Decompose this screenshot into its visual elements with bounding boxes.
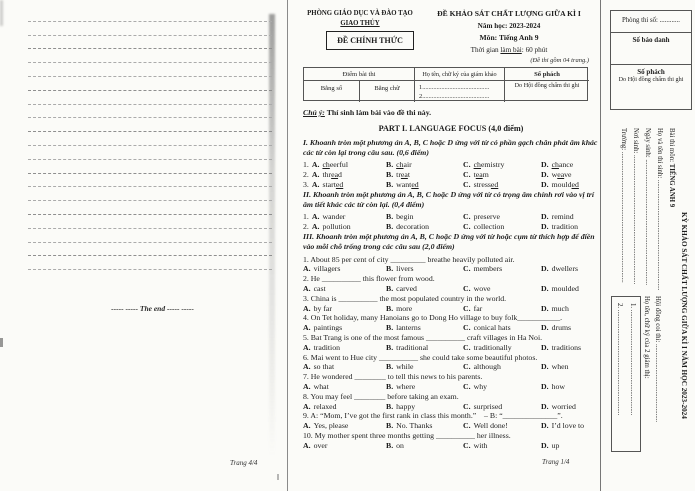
page-number-front: Trang 1/4	[542, 458, 569, 466]
option-c: C.preserve	[463, 212, 541, 222]
question-stem: 4. On Tet holiday, many Hanoians go to D…	[303, 313, 599, 323]
pages-count-note: (Đề thi gồm 04 trang.)	[530, 57, 589, 64]
option-c: C.far	[463, 304, 541, 314]
option-d: D.up	[541, 441, 599, 451]
ruled-line	[28, 187, 272, 201]
question: 10. My mother spent three months getting…	[303, 431, 599, 451]
invigilator-signature-box: 1. .....................................…	[611, 296, 641, 452]
scanned-exam-document: { "left_page": { "the_end": "----- -----…	[0, 0, 695, 491]
option-b: B.more	[386, 304, 463, 314]
option-b: B.chair	[386, 160, 463, 170]
option-a: A.over	[303, 441, 386, 451]
ruled-lines	[28, 8, 272, 270]
examiner-signature-line1: 1.......................................…	[419, 83, 504, 92]
ruled-line	[28, 77, 272, 91]
option-d: D.moulded	[541, 284, 599, 294]
option-d: D.moulded	[541, 180, 599, 190]
candidate-note: Chú ý: Thí sinh làm bài vào đề thi này.	[303, 108, 599, 118]
question-stem: 9. A: “Mom, I’ve got the first rank in c…	[303, 411, 599, 421]
section-2-heading: II. Khoanh tròn một phương án A, B, C ho…	[303, 190, 599, 210]
code-note-cell: Do Hội đồng chấm thi ghi	[505, 81, 589, 102]
ruled-line	[28, 91, 272, 105]
question: 2. He __________ this flower from wood. …	[303, 274, 599, 294]
answer-options-row: A.relaxed B.happy C.surprised D.worried	[303, 402, 599, 412]
option-a: A.tradition	[303, 343, 386, 353]
exam-duration: Thời gian làm bài: 60 phút	[421, 44, 597, 56]
option-b: B.happy	[386, 402, 463, 412]
option-a: 3.A.started	[303, 180, 386, 190]
question: 1. About 85 per cent of city _________ b…	[303, 255, 599, 275]
question-stem: 5. Bat Trang is one of the most famous _…	[303, 333, 599, 343]
answer-options-row: A.over B.on C.with D.up	[303, 441, 599, 451]
option-b: B.carved	[386, 284, 463, 294]
ruled-line	[28, 160, 272, 174]
question: 8. You may feel ________ before taking a…	[303, 392, 599, 412]
option-b: B.lanterns	[386, 323, 463, 333]
section-2-items: 1.A.wander B.begin C.preserve D.remind 2…	[303, 212, 599, 232]
question-stem: 10. My mother spent three months getting…	[303, 431, 599, 441]
invigilator-signature-line2: 2. .....................................…	[613, 303, 626, 445]
answer-options-row: A.Yes, please B.No. Thanks C.Well done! …	[303, 421, 599, 431]
score-words-cell: Bằng chữ	[360, 81, 415, 102]
exam-session-rotated: KỲ KHẢO SÁT CHẤT LƯỢNG GIỮA KÌ I NĂM HỌC…	[611, 212, 691, 462]
question: 5. Bat Trang is one of the most famous _…	[303, 333, 599, 353]
ruled-line	[28, 256, 272, 270]
question-stem: 7. He wondered ________ to tell this new…	[303, 372, 599, 382]
option-c: C.collection	[463, 222, 541, 232]
ruled-line	[28, 105, 272, 119]
examiner-signature-line2: 2.......................................…	[419, 92, 504, 101]
question: 9. A: “Mom, I’ve got the first rank in c…	[303, 411, 599, 431]
ruled-line	[28, 174, 272, 188]
answer-options-row: 2.A.pollution B.decoration C.collection …	[303, 222, 599, 232]
ruled-line	[28, 8, 272, 22]
exam-body: Chú ý: Thí sinh làm bài vào đề thi này. …	[303, 108, 599, 451]
council-line: Hội đồng coi thi: ......................…	[652, 212, 663, 462]
option-b: B.No. Thanks	[386, 421, 463, 431]
exam-front-page: PHÒNG GIÁO DỤC VÀ ĐÀO TẠO GIAO THỦY ĐỀ C…	[287, 0, 601, 491]
answer-options-row: 1.A.wander B.begin C.preserve D.remind	[303, 212, 599, 222]
option-d: D.chance	[541, 160, 599, 170]
option-a: A.relaxed	[303, 402, 386, 412]
option-a: 2.A.thread	[303, 170, 386, 180]
option-d: D.weave	[541, 170, 599, 180]
option-a: A.villagers	[303, 264, 386, 274]
option-c: C.members	[463, 264, 541, 274]
official-exam-stamp-box: ĐỀ CHÍNH THỨC	[326, 31, 414, 50]
option-a: 1.A.cheerful	[303, 160, 386, 170]
department-header: PHÒNG GIÁO DỤC VÀ ĐÀO TẠO GIAO THỦY	[290, 9, 430, 29]
answer-options-row: A.villagers B.livers C.members D.dweller…	[303, 264, 599, 274]
invigilator-label: Họ tên, chữ ký của 2 giám thị:	[641, 212, 652, 462]
option-c: C.stressed	[463, 180, 541, 190]
answer-options-row: A.cast B.carved C.wove D.moulded	[303, 284, 599, 294]
stub-code-cell: Số phách Do Hội đồng chấm thi ghi	[611, 65, 691, 83]
page-number-back: Trang 4/4	[230, 459, 257, 467]
ruled-line	[28, 63, 272, 77]
question: 7. He wondered ________ to tell this new…	[303, 372, 599, 392]
answer-options-row: A.tradition B.traditional C.traditionall…	[303, 343, 599, 353]
question-stem: 6. Mai went to Hue city __________ she c…	[303, 353, 599, 363]
option-c: C.surprised	[463, 402, 541, 412]
option-d: D.I’d love to	[541, 421, 599, 431]
exam-room-label: Phòng thi số: ............	[611, 11, 691, 33]
the-end-marker: ----- ----- The end ----- -----	[30, 304, 275, 313]
option-c: C.Well done!	[463, 421, 541, 431]
stub-exam-title: KỲ KHẢO SÁT CHẤT LƯỢNG GIỮA KÌ I NĂM HỌC…	[677, 212, 691, 462]
invigilator-signature-line1: 1. .....................................…	[626, 303, 639, 445]
option-c: C.team	[463, 170, 541, 180]
option-c: C.although	[463, 362, 541, 372]
score-table: Điểm bài thi Họ tên, chữ ký của giám khả…	[303, 67, 588, 101]
option-d: D.remind	[541, 212, 599, 222]
candidate-number-label: Số báo danh	[611, 33, 691, 65]
ruled-line	[28, 118, 272, 132]
option-d: D.when	[541, 362, 599, 372]
stub-code-note: Do Hội đồng chấm thi ghi	[611, 76, 691, 83]
score-header: Điểm bài thi	[304, 68, 415, 81]
option-b: B.while	[386, 362, 463, 372]
department-line2: GIAO THỦY	[340, 20, 379, 27]
question-stem: 1. About 85 per cent of city _________ b…	[303, 255, 599, 265]
section-3-heading: III. Khoanh tròn một phương án A, B, C h…	[303, 232, 599, 252]
ruled-line	[28, 22, 272, 36]
stub-code-label: Số phách	[611, 68, 691, 76]
option-b: B.begin	[386, 212, 463, 222]
option-d: D.dwellers	[541, 264, 599, 274]
option-c: C.why	[463, 382, 541, 392]
option-c: C.with	[463, 441, 541, 451]
option-b: B.wanted	[386, 180, 463, 190]
option-a: A.paintings	[303, 323, 386, 333]
answer-options-row: 2.A.thread B.treat C.team D.weave	[303, 170, 599, 180]
answer-options-row: 3.A.started B.wanted C.stressed D.moulde…	[303, 180, 599, 190]
option-a: A.so that	[303, 362, 386, 372]
exam-subject: Môn: Tiếng Anh 9	[421, 32, 597, 44]
detachable-stub: Phòng thi số: ............ Số báo danh S…	[600, 0, 695, 491]
ruled-line	[28, 146, 272, 160]
option-a: A.Yes, please	[303, 421, 386, 431]
section-1-heading: I. Khoanh tròn một phương án A, B, C hoặ…	[303, 138, 599, 158]
stub-info-box: Phòng thi số: ............ Số báo danh S…	[610, 10, 692, 110]
section-3-items: 1. About 85 per cent of city _________ b…	[303, 255, 599, 451]
ruled-line	[28, 201, 272, 215]
option-d: D.worried	[541, 402, 599, 412]
exam-title-block: ĐỀ KHẢO SÁT CHẤT LƯỢNG GIỮA KÌ I Năm học…	[421, 8, 597, 56]
option-a: 2.A.pollution	[303, 222, 386, 232]
answer-options-row: A.paintings B.lanterns C.conical hats D.…	[303, 323, 599, 333]
part-title: PART I. LANGUAGE FOCUS (4,0 điểm)	[303, 123, 599, 134]
question-stem: 3. China is __________ the most populate…	[303, 294, 599, 304]
examiner-signature-cell: 1.......................................…	[415, 81, 505, 102]
question: 3. China is __________ the most populate…	[303, 294, 599, 314]
question-stem: 2. He __________ this flower from wood.	[303, 274, 599, 284]
option-b: B.livers	[386, 264, 463, 274]
department-line1: PHÒNG GIÁO DỤC VÀ ĐÀO TẠO	[290, 9, 430, 19]
option-c: C.conical hats	[463, 323, 541, 333]
section-1-items: 1.A.cheerful B.chair C.chemistry D.chanc…	[303, 160, 599, 189]
question-stem: 8. You may feel ________ before taking a…	[303, 392, 599, 402]
answer-options-row: A.so that B.while C.although D.when	[303, 362, 599, 372]
ruled-line	[28, 132, 272, 146]
option-c: C.wove	[463, 284, 541, 294]
option-d: D.tradition	[541, 222, 599, 232]
option-d: D.traditions	[541, 343, 599, 353]
exam-title: ĐỀ KHẢO SÁT CHẤT LƯỢNG GIỮA KÌ I	[421, 8, 597, 20]
answer-options-row: A.by far B.more C.far D.much	[303, 304, 599, 314]
answer-options-row: A.what B.where C.why D.how	[303, 382, 599, 392]
answer-sheet-back-page: ----- ----- The end ----- ----- Trang 4/…	[0, 0, 287, 491]
option-b: B.where	[386, 382, 463, 392]
question: 4. On Tet holiday, many Hanoians go to D…	[303, 313, 599, 333]
option-a: 1.A.wander	[303, 212, 386, 222]
examiner-header: Họ tên, chữ ký của giám khảo	[415, 68, 505, 81]
option-a: A.what	[303, 382, 386, 392]
code-header: Số phách	[505, 68, 589, 81]
option-a: A.cast	[303, 284, 386, 294]
option-d: D.how	[541, 382, 599, 392]
option-a: A.by far	[303, 304, 386, 314]
ruled-line	[28, 243, 272, 257]
option-b: B.on	[386, 441, 463, 451]
ruled-line	[28, 36, 272, 50]
school-year: Năm học: 2023-2024	[421, 20, 597, 32]
option-b: B.treat	[386, 170, 463, 180]
option-c: C.chemistry	[463, 160, 541, 170]
ruled-line	[28, 49, 272, 63]
option-d: D.drums	[541, 323, 599, 333]
option-b: B.traditional	[386, 343, 463, 353]
option-d: D.much	[541, 304, 599, 314]
ruled-line	[28, 215, 272, 229]
option-b: B.decoration	[386, 222, 463, 232]
answer-options-row: 1.A.cheerful B.chair C.chemistry D.chanc…	[303, 160, 599, 170]
ruled-line	[28, 229, 272, 243]
question: 6. Mai went to Hue city __________ she c…	[303, 353, 599, 373]
option-c: C.traditionally	[463, 343, 541, 353]
score-numeric-cell: Bằng số	[304, 81, 360, 102]
